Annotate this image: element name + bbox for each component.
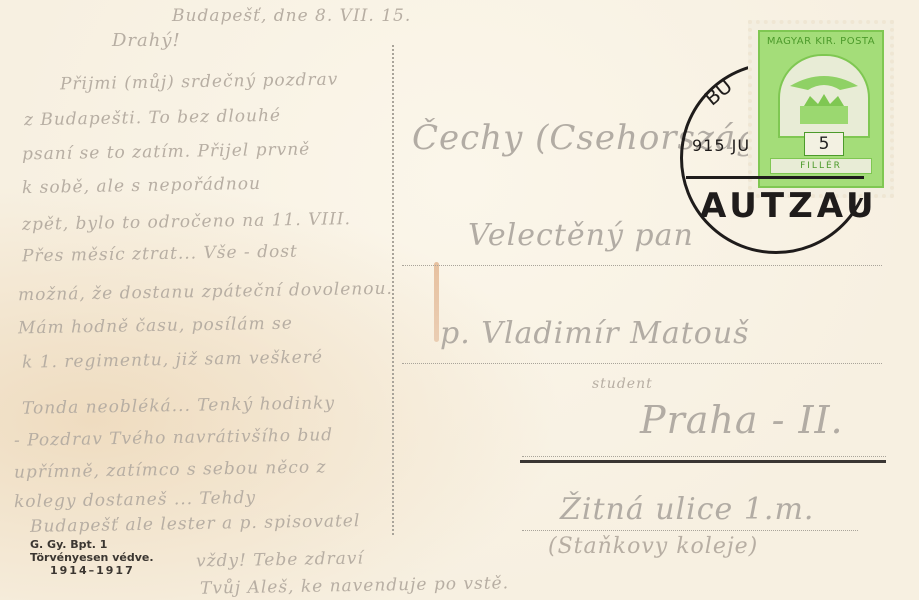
message-line: upřímně, zatímco s sebou něco z — [14, 457, 327, 482]
message-line: Mám hodně času, posílám se — [18, 314, 293, 339]
address-line — [522, 456, 886, 457]
message-line: Přijmi (můj) srdečný pozdrav — [60, 70, 339, 95]
address-line — [402, 265, 882, 266]
postmark-bar — [686, 176, 864, 179]
stamp-unit: FILLÉR — [770, 158, 872, 174]
message-line: zpět, bylo to odročeno na 11. VIII. — [22, 209, 351, 235]
address-note: student — [592, 376, 653, 392]
message-line: Tvůj Aleš, ke navenduje po vstě. — [200, 573, 509, 598]
turul-crown-icon — [778, 54, 870, 138]
address-salutation: Velectěný pan — [468, 218, 694, 253]
stamp-country: MAGYAR KIR. POSTA — [760, 36, 882, 47]
message-line: Tonda neobléká... Tenký hodinky — [22, 393, 335, 418]
postcard-reverse: Budapešť, dne 8. VII. 15. Drahý! Přijmi … — [0, 0, 919, 600]
imprint-line: G. Gy. Bpt. 1 — [30, 538, 154, 551]
message-line: k 1. regimentu, již sam veškeré — [22, 347, 323, 372]
message-line: kolegy dostaneš ... Tehdy — [14, 488, 256, 512]
publisher-imprint: G. Gy. Bpt. 1 Törvényesen védve. 1914–19… — [30, 538, 154, 577]
imprint-line: Törvényesen védve. — [30, 551, 154, 564]
center-divider — [392, 45, 394, 535]
message-line: - Pozdrav Tvého navrátivšího bud — [14, 425, 333, 451]
address-city: Praha - II. — [640, 398, 844, 442]
address-line — [402, 363, 882, 364]
message-line: k sobě, ale s nepořádnou — [22, 174, 261, 198]
imprint-line: 1914–1917 — [30, 564, 154, 577]
stamp-value: 5 — [804, 132, 844, 156]
stain-mark — [434, 262, 439, 342]
message-line: Budapešť ale lester a p. spisovatel — [30, 511, 361, 537]
stamp-design: MAGYAR KIR. POSTA 5 FILLÉR — [758, 30, 884, 188]
message-line: vždy! Tebe zdraví — [196, 549, 364, 572]
address-street: Žitná ulice 1.m. — [560, 492, 814, 527]
postmark-bottom-text: AUTZAU — [700, 186, 878, 226]
address-name: p. Vladimír Matouš — [440, 316, 750, 351]
message-line: z Budapešti. To bez dlouhé — [24, 106, 281, 130]
address-city-underline — [520, 460, 886, 463]
message-line: možná, že dostanu zpáteční dovolenou. — [18, 279, 393, 306]
address-extra: (Staňkovy koleje) — [548, 534, 758, 559]
address-line — [522, 530, 858, 531]
message-line: psaní se to zatím. Přijel prvně — [22, 139, 311, 164]
salutation: Drahý! — [112, 30, 181, 51]
message-line: Přes měsíc ztrat... Vše - dost — [22, 242, 298, 267]
postage-stamp: MAGYAR KIR. POSTA 5 FILLÉR — [748, 20, 894, 198]
dateline: Budapešť, dne 8. VII. 15. — [172, 6, 411, 26]
